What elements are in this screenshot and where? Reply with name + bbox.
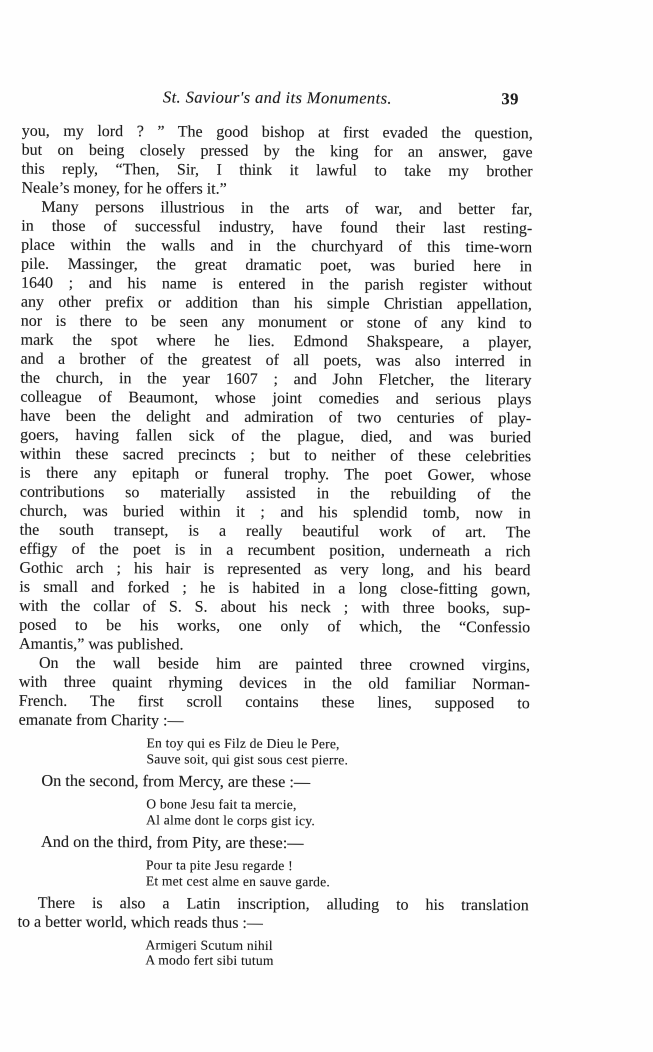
text-line: A modo fert sibi tutum	[145, 952, 528, 970]
verse-block: O bone Jesu fait ta mercie,Al alme dont …	[146, 797, 529, 830]
verse-block: Pour ta pite Jesu regarde !Et met cest a…	[146, 858, 529, 891]
verse-block: En toy qui es Filz de Dieu le Pere,Sauve…	[146, 735, 529, 768]
text-line: to a better world, which reads thus :—	[18, 912, 529, 934]
text-column: St. Saviour's and its Monuments. 39 you,…	[17, 87, 533, 975]
page-title: St. Saviour's and its Monuments.	[22, 87, 473, 109]
verse-block: Armigeri Scutum nihilA modo fert sibi tu…	[145, 937, 528, 970]
page-number: 39	[473, 89, 533, 109]
lead-line-block: And on the third, from Pity, are these:—	[41, 832, 529, 855]
text-line: Al alme dont le corps gist icy.	[146, 812, 529, 830]
paragraph-block: On the wall beside him are painted three…	[19, 654, 530, 733]
scanned-book-page: St. Saviour's and its Monuments. 39 you,…	[0, 0, 653, 1052]
text-line: And on the third, from Pity, are these:—	[41, 832, 529, 855]
text-line: On the second, from Mercy, are these :—	[41, 771, 529, 794]
body-text: you, my lord ? ” The good bishop at firs…	[17, 122, 532, 970]
paragraph-block: you, my lord ? ” The good bishop at firs…	[21, 122, 532, 201]
text-line: Et met cest alme en sauve garde.	[146, 873, 529, 891]
lead-line-block: On the second, from Mercy, are these :—	[41, 771, 529, 794]
text-line: There is also a Latin inscription, allud…	[18, 893, 529, 915]
running-head: St. Saviour's and its Monuments. 39	[22, 87, 533, 110]
text-line: Sauve soit, qui gist sous cest pierre.	[146, 751, 529, 769]
text-line: O bone Jesu fait ta mercie,	[146, 797, 529, 815]
text-line: En toy qui es Filz de Dieu le Pere,	[147, 735, 530, 753]
text-line: emanate from Charity :—	[19, 711, 530, 733]
paragraph-block: There is also a Latin inscription, allud…	[18, 893, 529, 934]
paragraph-block: Many persons illustrious in the arts of …	[19, 198, 532, 657]
